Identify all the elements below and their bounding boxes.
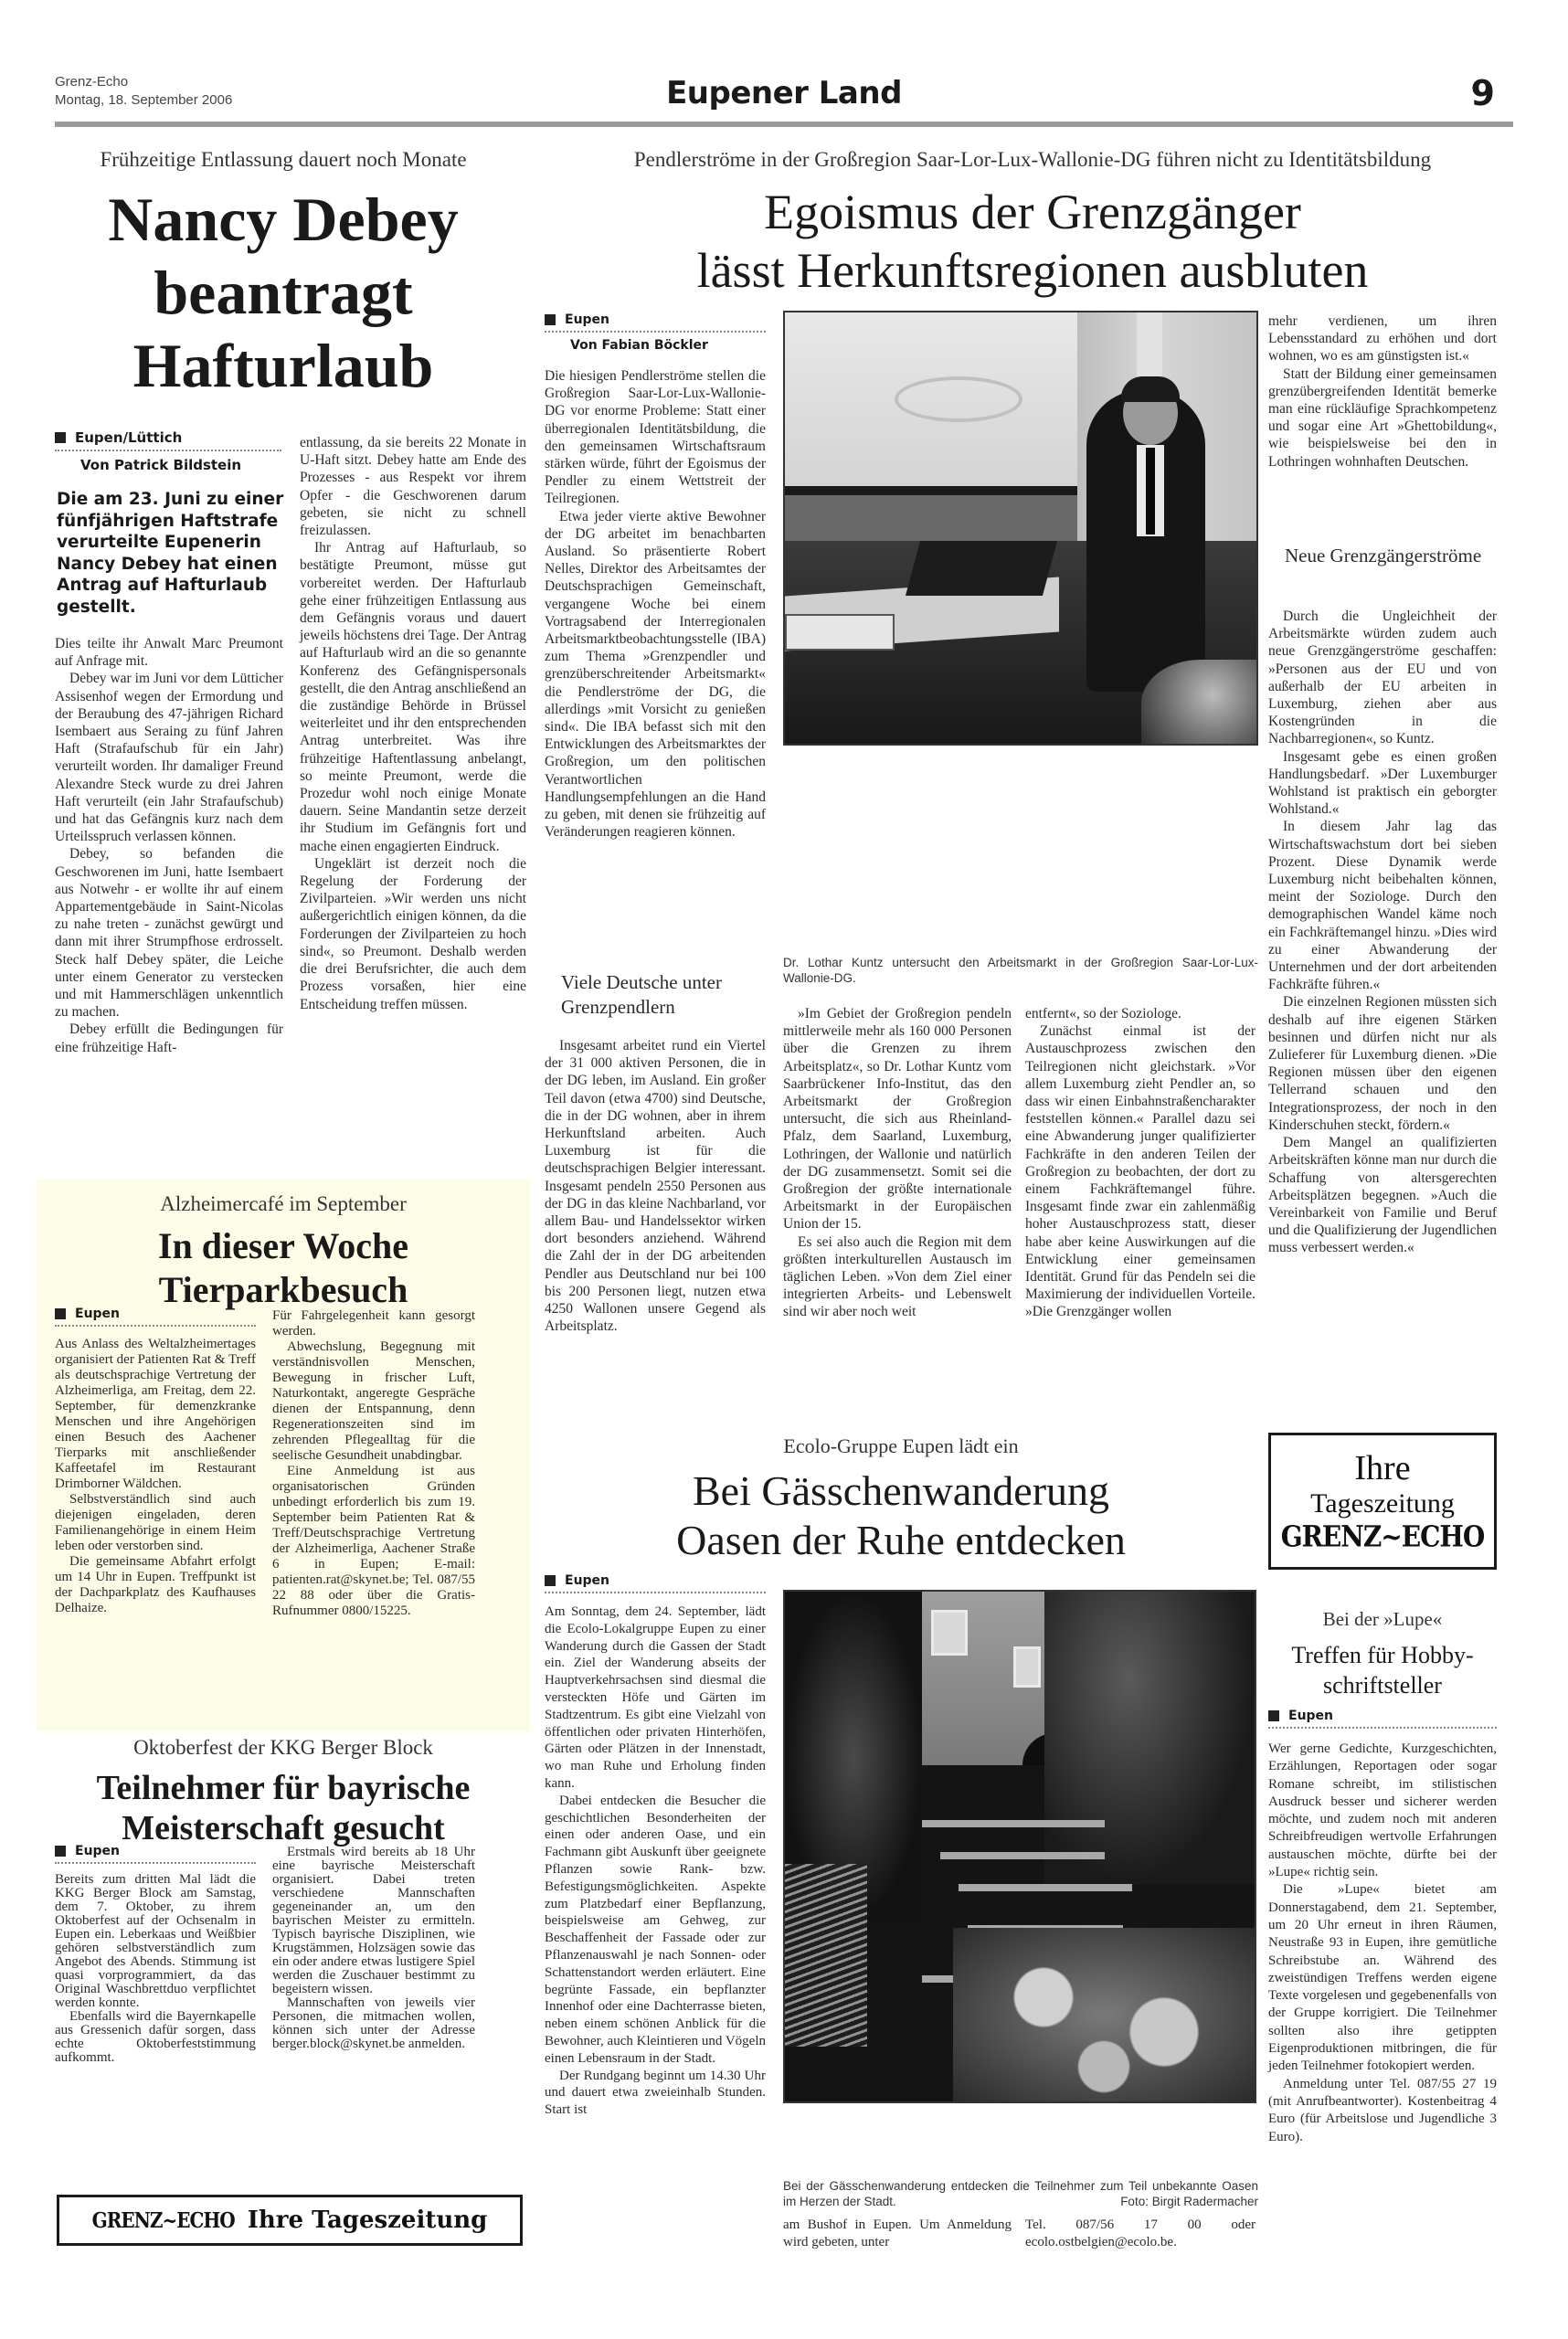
byline: Von Patrick Bildstein: [55, 451, 281, 473]
lupe-body: Wer gerne Gedichte, Kurzgeschichten, Erz…: [1268, 1741, 1497, 2146]
photo-garden-stairs: [783, 1590, 1256, 2103]
section-title: Eupener Land: [0, 75, 1568, 111]
debey-headline: Nancy Debey beantragt Hafturlaub: [37, 183, 530, 402]
debey-body-col2: entlassung, da sie bereits 22 Monate in …: [300, 434, 526, 1013]
dateline: Eupen: [55, 1844, 256, 1864]
alzheimer-headline: In dieser Woche Tierparkbesuch: [37, 1224, 530, 1312]
alzheimer-kicker: Alzheimercafé im September: [37, 1192, 530, 1216]
pendler-dateline-block: Eupen Von Fabian Böckler: [545, 312, 766, 353]
oktoberfest-body-col1: Bereits zum dritten Mal lädt die KKG Ber…: [55, 1873, 256, 2065]
lupe-dateline-block: Eupen: [1268, 1709, 1497, 1729]
pendler-subhead-1: Viele Deutsche unter Grenzpendlern: [545, 970, 766, 1020]
ad-brand: GRENZ~ECHO: [1281, 1518, 1485, 1555]
oktoberfest-kicker: Oktoberfest der KKG Berger Block: [37, 1736, 530, 1760]
ecolo-body-col3: Tel. 087/56 17 00 oder ecolo.ostbelgien@…: [1025, 2217, 1255, 2251]
pendler-body-col3: entfernt«, so der Soziologe. Zunächst ei…: [1025, 1005, 1255, 1321]
debey-lead: Die am 23. Juni zu einer fünfjährigen Ha…: [57, 489, 285, 618]
dateline: Eupen: [55, 1307, 256, 1327]
bullet-square-icon: [545, 1575, 556, 1586]
photo-garden-caption: Bei der Gässchenwanderung entdecken die …: [783, 2178, 1258, 2209]
alzheimer-body-col1: Aus Anlass des Weltalzheimertages organi…: [55, 1337, 256, 1616]
dateline: Eupen/Lüttich: [55, 429, 281, 451]
bullet-square-icon: [545, 314, 556, 325]
alzheimer-body-col2: Für Fahrgelegenheit kann gesorgt werden.…: [272, 1308, 475, 1619]
oktoberfest-dateline-block: Eupen: [55, 1844, 256, 1864]
ecolo-dateline-block: Eupen: [545, 1573, 766, 1593]
ad-brand: GRENZ~ECHO: [92, 2207, 235, 2233]
masthead-rule: [55, 122, 1513, 127]
dateline: Eupen: [1268, 1709, 1497, 1729]
pendler-subhead-2: Neue Grenzgängerströme: [1268, 544, 1497, 568]
bullet-square-icon: [55, 432, 66, 443]
byline: Von Fabian Böckler: [545, 333, 766, 353]
photo-credit: Foto: Birgit Radermacher: [1120, 2194, 1258, 2209]
pendler-headline: Egoismus der Grenzgänger lässt Herkunfts…: [548, 183, 1517, 300]
pendler-body-col1b: Insgesamt arbeitet rund ein Viertel der …: [545, 1037, 766, 1335]
ad-line-1: Ihre: [1354, 1449, 1410, 1487]
ecolo-body-col2: am Bushof in Eupen. Um Anmeldung wird ge…: [783, 2217, 1012, 2251]
dateline: Eupen: [545, 312, 766, 333]
photo-lecture: [783, 311, 1258, 746]
ecolo-kicker: Ecolo-Gruppe Eupen lädt ein: [545, 1434, 1257, 1458]
lupe-kicker: Bei der »Lupe«: [1268, 1608, 1497, 1631]
ad-grenz-echo-bottom[interactable]: GRENZ~ECHO Ihre Tageszeitung: [57, 2195, 523, 2246]
debey-dateline-block: Eupen/Lüttich Von Patrick Bildstein: [55, 429, 281, 473]
ad-line-2: Tageszeitung: [1310, 1487, 1455, 1520]
lupe-headline: Treffen für Hobby- schriftsteller: [1268, 1640, 1497, 1700]
pendler-body-col2: »Im Gebiet der Großregion pendeln mittle…: [783, 1005, 1012, 1321]
pendler-body-col4b: Durch die Ungleichheit der Arbeitsmärkte…: [1268, 608, 1497, 1257]
dateline: Eupen: [545, 1573, 766, 1593]
bullet-square-icon: [55, 1846, 66, 1857]
alzheimer-dateline-block: Eupen: [55, 1307, 256, 1327]
ecolo-body-col1: Am Sonntag, dem 24. September, lädt die …: [545, 1603, 766, 2119]
ecolo-headline: Bei Gässchenwanderung Oasen der Ruhe ent…: [545, 1466, 1257, 1565]
pendler-body-col1: Die hiesigen Pendlerströme stellen die G…: [545, 367, 766, 841]
pendler-kicker: Pendlerströme in der Großregion Saar-Lor…: [548, 148, 1517, 172]
debey-body-col1: Dies teilte ihr Anwalt Marc Preumont auf…: [55, 635, 283, 1056]
oktoberfest-headline: Teilnehmer für bayrische Meisterschaft g…: [37, 1768, 530, 1848]
bullet-square-icon: [55, 1308, 66, 1319]
oktoberfest-body-col2: Erstmals wird bereits ab 18 Uhr eine bay…: [272, 1846, 475, 2051]
ad-grenz-echo-right[interactable]: Ihre Tageszeitung GRENZ~ECHO: [1268, 1433, 1497, 1570]
bullet-square-icon: [1268, 1710, 1279, 1721]
page-number: 9: [1471, 73, 1495, 113]
photo-lecture-caption: Dr. Lothar Kuntz untersucht den Arbeitsm…: [783, 955, 1258, 986]
debey-kicker: Frühzeitige Entlassung dauert noch Monat…: [37, 148, 530, 172]
ad-slogan: Ihre Tageszeitung: [248, 2207, 488, 2234]
pendler-body-col4: mehr verdienen, um ihren Lebensstandard …: [1268, 312, 1497, 471]
